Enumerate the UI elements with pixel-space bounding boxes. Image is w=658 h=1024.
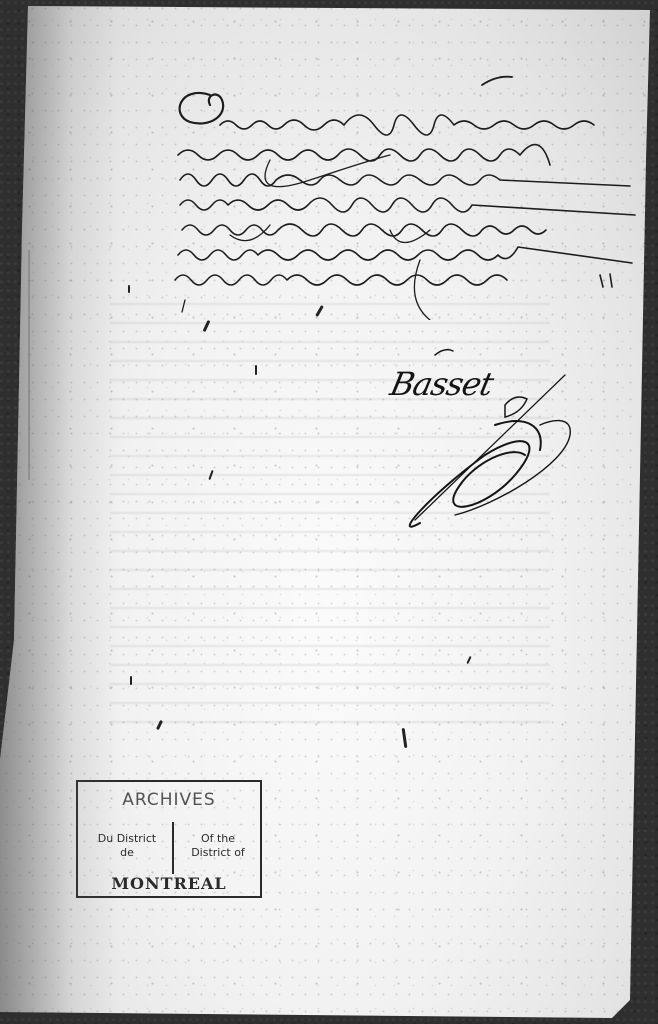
signature-name: Basset <box>387 365 496 403</box>
archives-stamp: ARCHIVES Du District de Of the District … <box>76 780 262 898</box>
cursive-strokes-icon <box>170 70 640 320</box>
stamp-right-line1: Of the <box>176 832 260 846</box>
stamp-city: MONTREAL <box>78 874 260 893</box>
stamp-left-line1: Du District <box>84 832 170 846</box>
stamp-english-label: Of the District of <box>176 832 260 860</box>
handwritten-text-block <box>170 70 640 320</box>
stamp-right-line2: District of <box>176 846 260 860</box>
signature: Basset <box>375 345 590 545</box>
stamp-title: ARCHIVES <box>78 790 260 810</box>
stamp-french-label: Du District de <box>84 832 170 860</box>
manuscript-page: Basset ARCHIVES Du District de Of the Di… <box>0 0 658 1024</box>
stamp-divider <box>172 822 174 874</box>
stamp-left-line2: de <box>84 846 170 860</box>
